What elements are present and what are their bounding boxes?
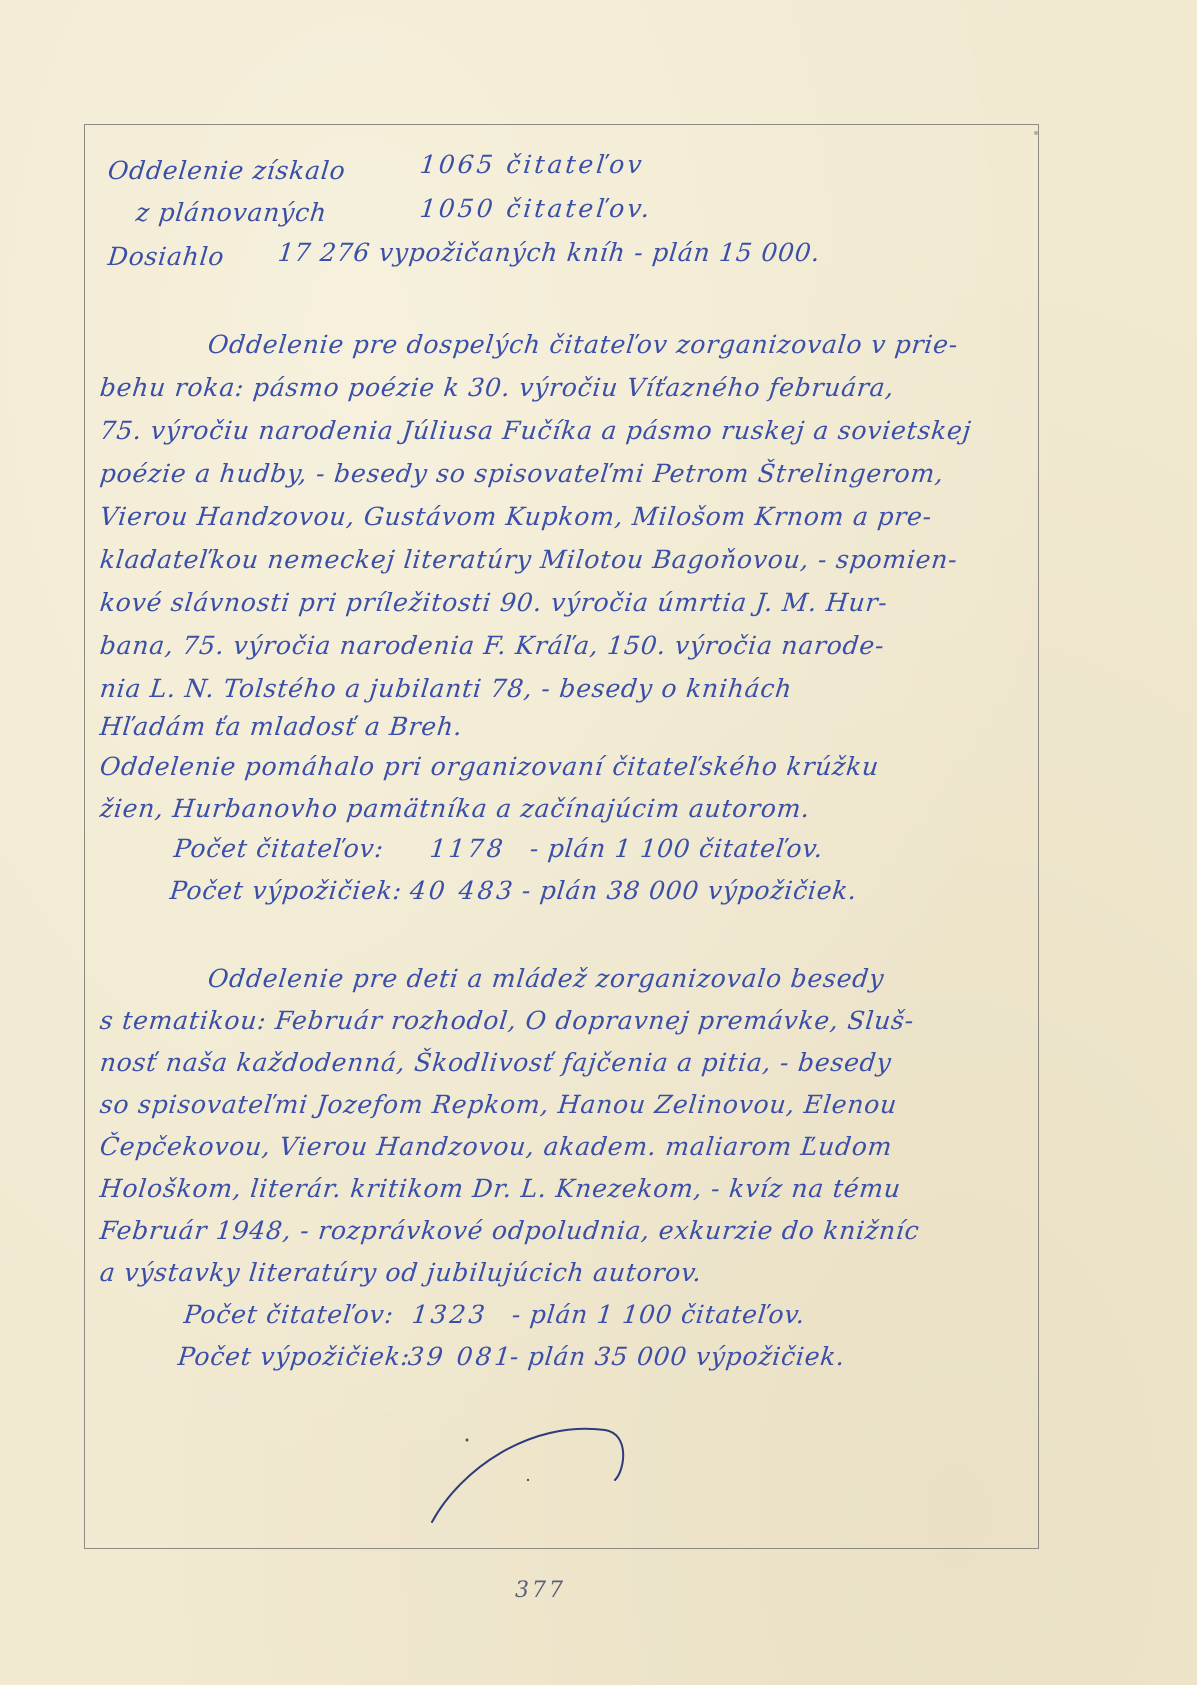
adult-paragraph-line: kové slávnosti pri príležitosti 90. výro… (99, 590, 889, 615)
adult-loans-plan: - plán 38 000 výpožičiek. (521, 878, 859, 903)
youth-paragraph-line: a výstavky literatúry od jubilujúcich au… (99, 1260, 704, 1285)
adult-loans-value: 40 483 (409, 878, 517, 903)
youth-paragraph-line: Hološkom, literár. kritikom Dr. L. Kneze… (99, 1176, 903, 1201)
adult-paragraph-line: žien, Hurbanovho pamätníka a začínajúcim… (99, 796, 812, 821)
youth-paragraph-line: s tematikou: Február rozhodol, O dopravn… (99, 1008, 916, 1033)
youth-paragraph-line: nosť naša každodenná, Škodlivosť fajčeni… (99, 1050, 893, 1075)
youth-readers-plan: - plán 1 100 čitateľov. (511, 1302, 807, 1327)
youth-readers-value: 1323 (411, 1302, 489, 1327)
summary-line-3-label: Dosiahlo (107, 244, 226, 269)
adult-paragraph-line: Oddelenie pre dospelých čitateľov zorgan… (207, 332, 960, 357)
summary-line-3-value: 17 276 vypožičaných kníh - plán 15 000. (277, 240, 822, 265)
adult-readers-label: Počet čitateľov: (173, 836, 385, 861)
adult-paragraph-line: nia L. N. Tolstého a jubilanti 78, - bes… (99, 676, 794, 701)
adult-readers-value: 1178 (429, 836, 507, 861)
youth-paragraph-line: Čepčekovou, Vierou Handzovou, akadem. ma… (99, 1134, 894, 1159)
adult-paragraph-line: Oddelenie pomáhalo pri organizovaní čita… (99, 754, 881, 779)
page-number: 377 (515, 1578, 566, 1603)
adult-paragraph-line: poézie a hudby, - besedy so spisovateľmi… (99, 461, 946, 486)
summary-line-1-value: 1065 čitateľov (419, 152, 646, 177)
youth-readers-label: Počet čitateľov: (183, 1302, 395, 1327)
frame-corner-mark (1034, 131, 1038, 135)
adult-paragraph-line: Hľadám ťa mladosť a Breh. (99, 714, 464, 739)
summary-line-2-value: 1050 čitateľov. (419, 196, 654, 221)
youth-loans-value: 39 081 (407, 1344, 515, 1369)
adult-paragraph-line: Vierou Handzovou, Gustávom Kupkom, Miloš… (99, 504, 934, 529)
adult-paragraph-line: kladateľkou nemeckej literatúry Milotou … (99, 547, 959, 572)
youth-paragraph-line: Február 1948, - rozprávkové odpoludnia, … (99, 1218, 921, 1243)
youth-paragraph-line: Oddelenie pre deti a mládež zorganizoval… (207, 966, 886, 991)
youth-loans-plan: - plán 35 000 výpožičiek. (509, 1344, 847, 1369)
youth-paragraph-line: so spisovateľmi Jozefom Repkom, Hanou Ze… (99, 1092, 899, 1117)
signature-icon (420, 1410, 640, 1530)
adult-paragraph-line: bana, 75. výročia narodenia F. Kráľa, 15… (99, 633, 886, 658)
summary-line-1-label: Oddelenie získalo (107, 158, 347, 183)
adult-loans-label: Počet výpožičiek: (169, 878, 404, 903)
summary-line-2-label: z plánovaných (135, 200, 329, 225)
adult-paragraph-line: 75. výročiu narodenia Júliusa Fučíka a p… (99, 418, 973, 443)
adult-paragraph-line: behu roka: pásmo poézie k 30. výročiu Ví… (99, 375, 896, 400)
youth-loans-label: Počet výpožičiek: (177, 1344, 412, 1369)
adult-readers-plan: - plán 1 100 čitateľov. (529, 836, 825, 861)
